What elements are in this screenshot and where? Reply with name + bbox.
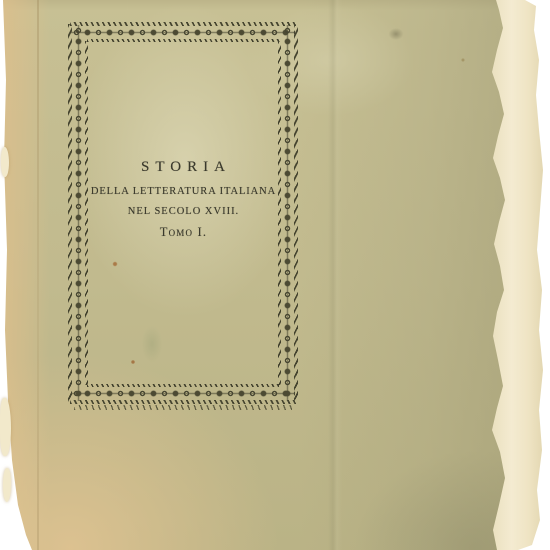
book-subtitle-line1: DELLA LETTERATURA ITALIANA <box>68 186 298 197</box>
volume-label: Tomo I. <box>68 225 298 240</box>
frame-fringe-bottom <box>74 405 292 410</box>
torn-edge-chip <box>0 398 11 456</box>
book-subtitle-line2: NEL SECOLO XVIII. <box>68 206 298 217</box>
book-title: STORIA <box>68 159 298 176</box>
torn-edge-chip <box>1 147 9 177</box>
photo-background: STORIA DELLA LETTERATURA ITALIANA NEL SE… <box>0 0 550 550</box>
title-block: STORIA DELLA LETTERATURA ITALIANA NEL SE… <box>68 22 298 404</box>
torn-edge-chip <box>3 468 11 502</box>
spine-crease <box>37 0 39 550</box>
